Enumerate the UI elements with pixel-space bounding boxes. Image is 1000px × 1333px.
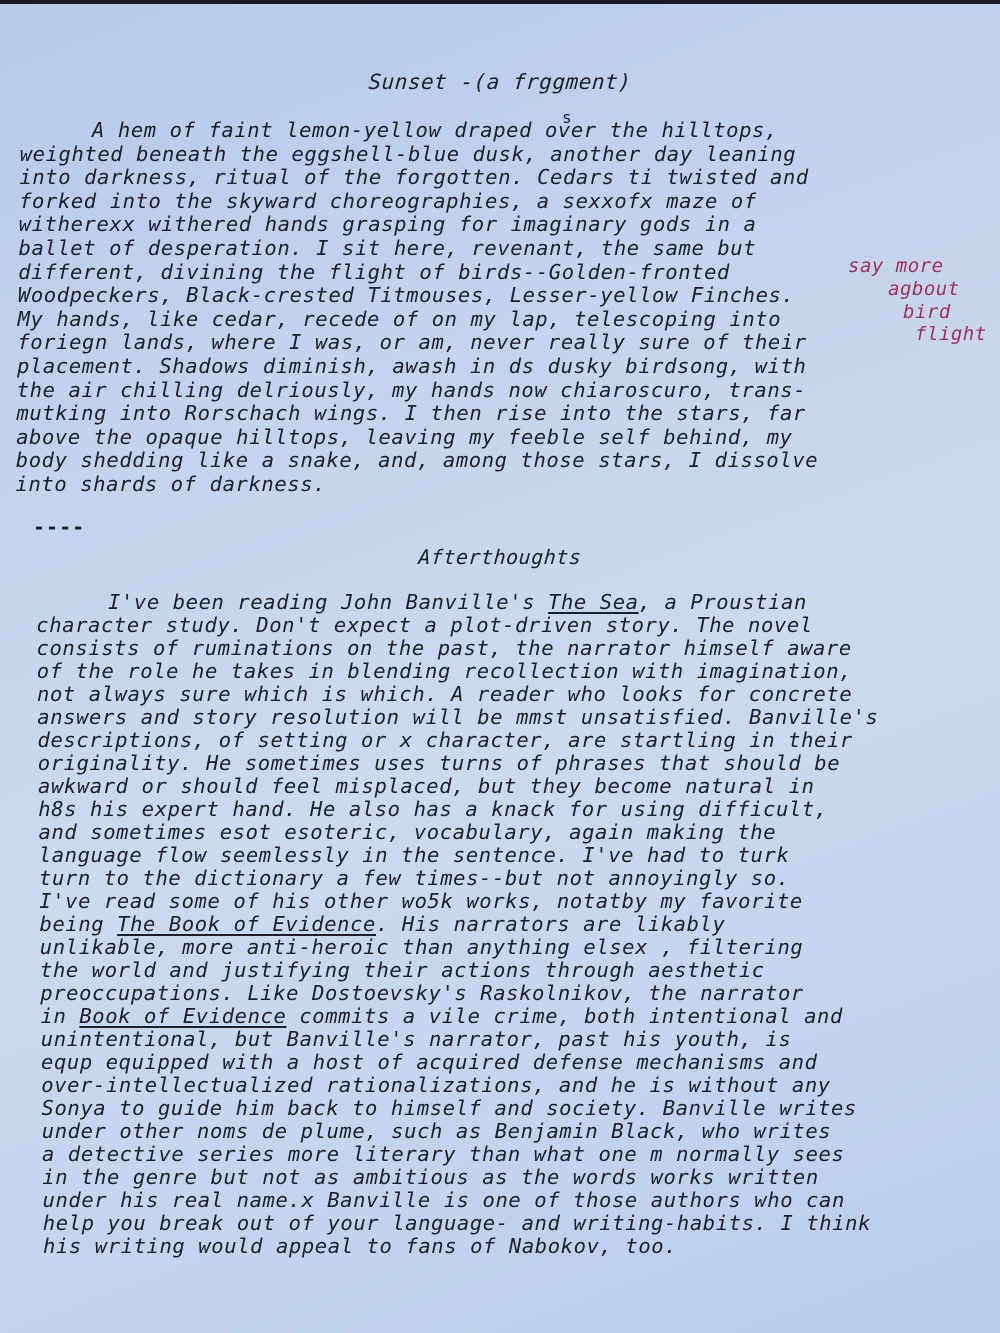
essay-line: originality. He sometimes uses turns of … (38, 751, 840, 775)
margin-note-line: say more (848, 255, 944, 277)
poem-line: mutking into Rorschach wings. I then ris… (16, 401, 805, 425)
essay-line: preoccupations. Like Dostoevsky's Raskol… (40, 981, 804, 1005)
essay-line: unlikable, more anti-heroic than anythin… (40, 935, 804, 959)
poem-line: different, divining the flight of birds-… (18, 260, 730, 284)
poem-line: into darkness, ritual of the forgotten. … (19, 165, 808, 189)
essay-line: character study. Don't expect a plot-dri… (36, 613, 813, 637)
essay-line: answers and story resolution will be mms… (37, 705, 878, 729)
essay-line: I've been reading John Banville's The Se… (108, 590, 807, 614)
essay-line: under his real name.x Banville is one of… (43, 1188, 845, 1212)
essay-line: not always sure which is which. A reader… (37, 682, 852, 706)
poem-line: witherexx withered hands grasping for im… (19, 212, 757, 236)
essay-line: a detective series more literary than wh… (42, 1142, 844, 1166)
poem-line: foriegn lands, where I was, or am, never… (17, 330, 806, 354)
essay-line: Sonya to guide him back to himself and s… (42, 1096, 857, 1120)
poem-line: Woodpeckers, Black-crested Titmouses, Le… (18, 283, 795, 307)
poem-line: above the opaque hilltops, leaving my fe… (16, 425, 793, 449)
essay-line: being The Book of Evidence. His narrator… (40, 912, 726, 936)
section-title: Afterthoughts (0, 545, 1000, 569)
essay-line: unintentional, but Banville's narrator, … (41, 1027, 792, 1051)
margin-note-line: agbout (888, 278, 960, 300)
poem-line: My hands, like cedar, recede of on my la… (18, 307, 782, 331)
essay-line: under other noms de plume, such as Benja… (42, 1119, 831, 1143)
poem-line: forked into the skyward choreographies, … (19, 189, 757, 213)
essay-line: descriptions, of setting or x character,… (38, 728, 853, 752)
poem-line: A hem of faint lemon-yellow draped over … (92, 118, 778, 142)
poem-line: weighted beneath the eggshell-blue dusk,… (20, 142, 797, 166)
essay-line: and sometimes esot esoteric, vocabulary,… (39, 820, 777, 844)
essay-line: of the role he takes in blending recolle… (37, 659, 852, 683)
poem-line: placement. Shadows diminish, awash in ds… (17, 354, 806, 378)
essay-line: language flow seemlessly in the sentence… (39, 843, 790, 867)
page-title: Sunset -(a frggment) (0, 70, 1000, 94)
essay-line: consists of ruminations on the past, the… (37, 636, 852, 660)
essay-line: help you break out of your language- and… (43, 1211, 871, 1235)
margin-note-line: bird (903, 301, 951, 323)
poem-line: into shards of darkness. (16, 472, 327, 496)
section-separator: ---- (33, 515, 85, 539)
essay-line: his writing would appeal to fans of Nabo… (43, 1234, 677, 1258)
poem-line: ballet of desperation. I sit here, reven… (19, 236, 757, 260)
essay-line: in Book of Evidence commits a vile crime… (41, 1004, 843, 1028)
essay-line: over-intellectualized rationalizations, … (41, 1073, 830, 1097)
essay-line: awkward or should feel misplaced, but th… (38, 774, 815, 798)
essay-line: turn to the dictionary a few times--but … (39, 866, 790, 890)
essay-line: h8s his expert hand. He also has a knack… (38, 797, 827, 821)
essay-line: equp equipped with a host of acquired de… (41, 1050, 818, 1074)
essay-line: the world and justifying their actions t… (40, 958, 765, 982)
poem-line: the air chilling delriously, my hands no… (17, 378, 806, 402)
typewritten-page: Sunset -(a frggment) s A hem of faint le… (0, 0, 1000, 1333)
margin-note-line: flight (915, 323, 987, 345)
essay-line: I've read some of his other wo5k works, … (39, 889, 803, 913)
essay-line: in the genre but not as ambitious as the… (42, 1165, 819, 1189)
poem-line: body shedding like a snake, and, among t… (16, 448, 818, 472)
